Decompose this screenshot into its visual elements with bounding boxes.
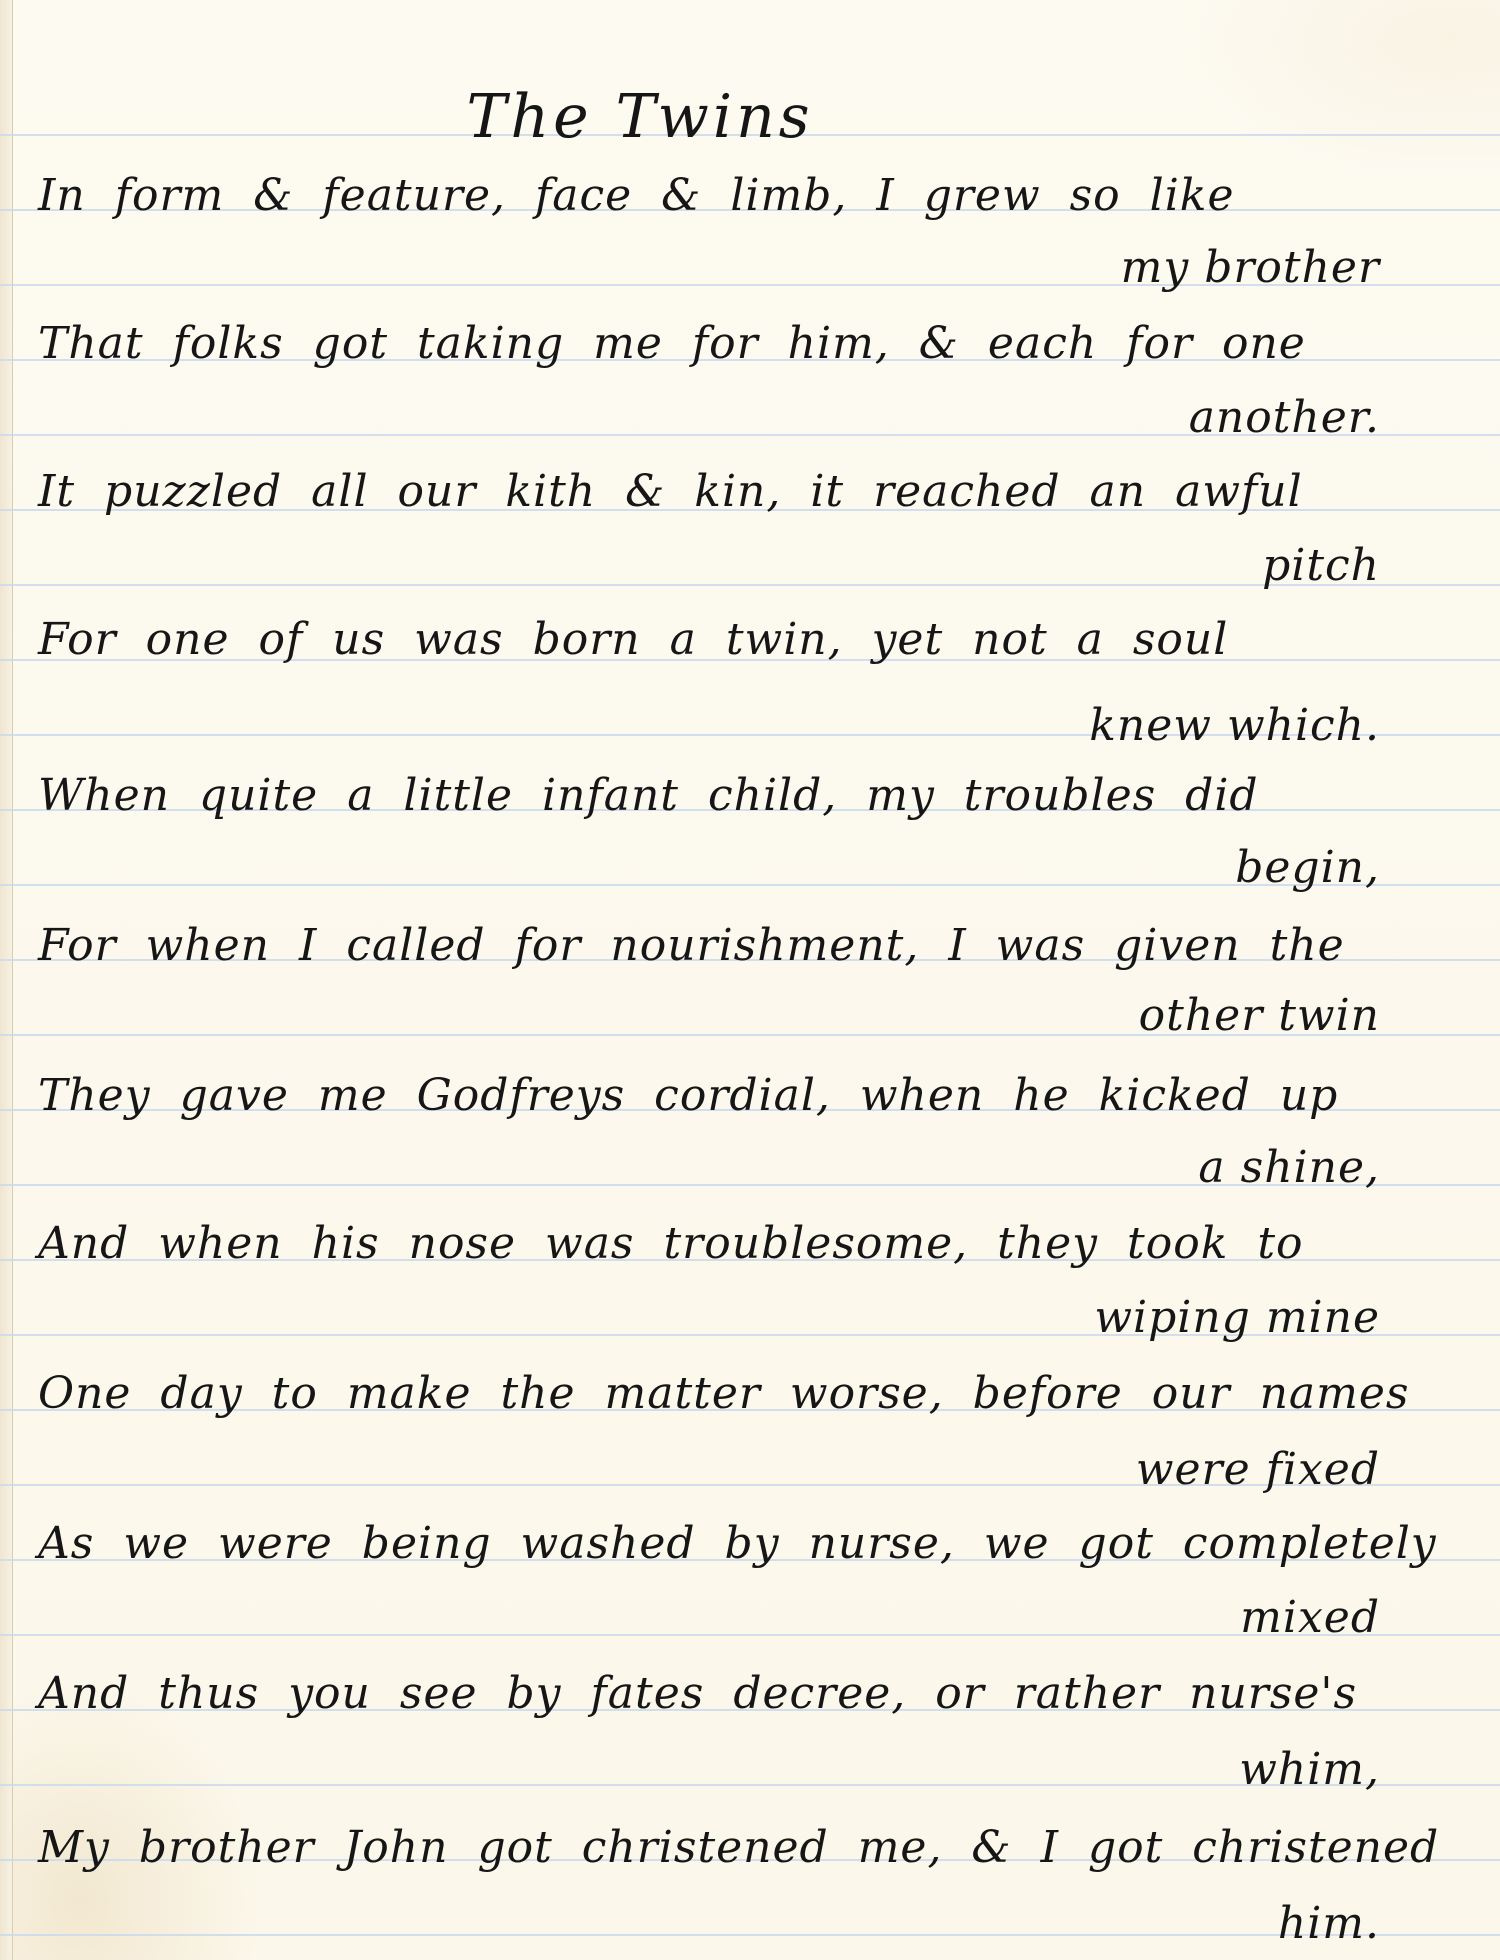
verse-continuation: mixed [1240,1592,1380,1643]
verse-continuation: whim, [1239,1744,1380,1795]
verse-line: In form & feature, face & limb, I grew s… [38,170,1235,221]
poem-title: The Twins [0,82,1280,152]
verse-continuation: a shine, [1198,1142,1380,1193]
verse-continuation: my brother [1121,242,1380,293]
verse-line: As we were being washed by nurse, we got… [38,1518,1437,1569]
manuscript-page: The Twins In form & feature, face & limb… [0,0,1500,1960]
verse-continuation: begin, [1235,842,1380,893]
verse-line: For one of us was born a twin, yet not a… [38,614,1228,665]
verse-line: My brother John got christened me, & I g… [38,1822,1439,1873]
verse-line: For when I called for nourishment, I was… [38,920,1345,971]
verse-continuation: him. [1278,1898,1380,1949]
verse-line: When quite a little infant child, my tro… [38,770,1259,821]
verse-line: It puzzled all our kith & kin, it reache… [38,466,1303,517]
verse-line: One day to make the matter worse, before… [38,1368,1409,1419]
verse-continuation: another. [1189,392,1380,443]
verse-line: They gave me Godfreys cordial, when he k… [38,1070,1338,1121]
verse-continuation: pitch [1262,540,1380,591]
verse-line: That folks got taking me for him, & each… [38,318,1306,369]
verse-continuation: knew which. [1089,700,1380,751]
ruled-line [0,1934,1500,1936]
verse-line: And thus you see by fates decree, or rat… [38,1668,1357,1719]
verse-continuation: wiping mine [1094,1292,1380,1343]
page-edge [0,0,13,1960]
verse-line: And when his nose was troublesome, they … [38,1218,1304,1269]
verse-continuation: other twin [1139,990,1380,1041]
verse-continuation: were fixed [1136,1444,1380,1495]
